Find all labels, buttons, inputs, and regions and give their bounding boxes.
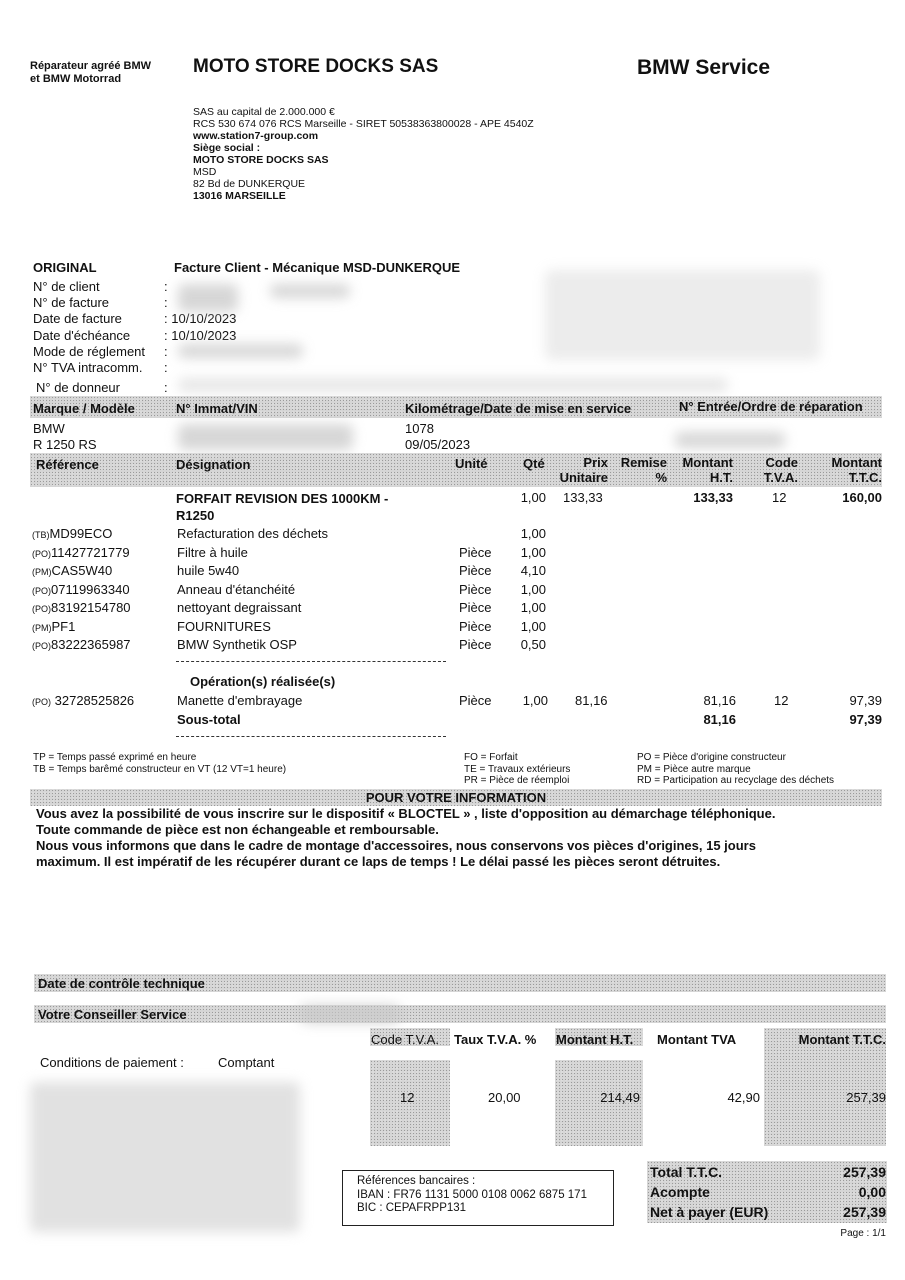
item-designation: Refacturation des déchets [177,526,328,541]
dealer-tagline-line1: Réparateur agréé BMW [30,60,151,73]
item-reference: (PM)PF1 [32,619,75,634]
col-header-reference: Référence [36,457,99,472]
total-value: 257,39 [843,1162,886,1182]
operation-unit: Pièce [459,693,492,708]
item-unit: Pièce [459,637,492,652]
package-designation: FORFAIT REVISION DES 1000KM - R1250 [176,490,388,524]
field-due-date: Date d'échéance: 10/10/2023 [33,328,236,344]
info-line-parts: Toute commande de pièce est non échangea… [36,822,775,838]
package-amount-ht: 133,33 [670,490,733,505]
total-value: 257,39 [843,1202,886,1222]
siege-line1: MSD [193,166,534,178]
vat-amount-value: 42,90 [660,1090,760,1105]
vat-header-rate: Taux T.V.A. % [454,1032,536,1047]
item-qty: 0,50 [506,637,546,652]
redacted-entry-order [675,432,785,448]
vat-ht-value: 214,49 [555,1090,640,1105]
page-number: Page : 1/1 [806,1228,886,1239]
vehicle-brand-model: BMW R 1250 RS [33,421,97,453]
vehicle-brand: BMW [33,421,97,437]
total-label: Net à payer (EUR) [650,1202,768,1222]
item-designation: BMW Synthetik OSP [177,637,297,652]
dealer-tagline: Réparateur agréé BMW et BMW Motorrad [30,60,151,86]
redacted-invoice-number [270,284,350,298]
item-rows: (TB)MD99ECORefacturation des déchets1,00… [32,526,552,656]
siege-line2: 82 Bd de DUNKERQUE [193,178,534,190]
subtotal-ttc: 97,39 [815,712,882,727]
item-designation: huile 5w40 [177,563,239,578]
item-designation: Filtre à huile [177,545,248,560]
redacted-payment-mode [178,344,303,358]
total-row: Total T.T.C.257,39 [650,1162,886,1182]
item-qty: 1,00 [506,582,546,597]
item-designation: Anneau d'étanchéité [177,582,295,597]
brand-title: BMW Service [637,56,770,80]
vat-header-ttc: Montant T.T.C. [764,1032,886,1047]
legend-col2: FO = Forfait TE = Travaux extérieurs PR … [464,752,570,787]
table-row: (TB)MD99ECORefacturation des déchets1,00 [32,526,552,545]
legend-col3: PO = Pièce d'origine constructeur PM = P… [637,752,834,787]
package-vat-code: 12 [772,490,786,505]
col-header-vat-code: CodeT.V.A. [750,455,798,485]
field-donneur: N° de donneur: [36,380,168,395]
table-row: (PO)83192154780nettoyant degraissantPièc… [32,600,552,619]
vehicle-model: R 1250 RS [33,437,97,453]
item-unit: Pièce [459,619,492,634]
table-row: (PO)11427721779Filtre à huilePièce1,00 [32,545,552,564]
bank-title: Références bancaires : [357,1175,613,1189]
vehicle-km: 1078 [405,421,470,437]
copy-label: ORIGINAL [33,260,97,275]
info-line-bloctel: Vous avez la possibilité de vous inscrir… [36,806,775,822]
company-name: MOTO STORE DOCKS SAS [193,56,438,78]
redacted-advisor [300,1005,400,1023]
info-line-deadline: maximum. Il est impératif de les récupér… [36,854,775,870]
totals-block: Total T.T.C.257,39Acompte0,00Net à payer… [650,1162,886,1222]
vehicle-header-brand-model: Marque / Modèle [33,401,135,416]
siege-city: 13016 MARSEILLE [193,190,534,202]
legend-col1: TP = Temps passé exprimé en heure TB = T… [33,752,286,775]
info-title: POUR VOTRE INFORMATION [30,790,882,805]
payment-terms-value: Comptant [218,1055,274,1070]
legal-capital: SAS au capital de 2.000.000 € [193,106,534,118]
bank-bic: BIC : CEPAFRPP131 [357,1202,613,1216]
table-row: (PM)CAS5W40huile 5w40Pièce4,10 [32,563,552,582]
siege-name: MOTO STORE DOCKS SAS [193,154,534,166]
item-unit: Pièce [459,563,492,578]
vat-header-vat: Montant TVA [657,1032,736,1047]
vat-code-value: 12 [400,1090,414,1105]
tech-control-label: Date de contrôle technique [38,976,205,991]
col-header-unit-price: PrixUnitaire [548,455,608,485]
operation-unit-price: 81,16 [575,693,608,708]
item-qty: 1,00 [506,619,546,634]
item-qty: 1,00 [506,526,546,541]
redacted-donneur [178,378,728,392]
package-amount-ttc: 160,00 [815,490,882,505]
item-qty: 4,10 [506,563,546,578]
redacted-client-block [30,1082,300,1232]
item-reference: (PO)07119963340 [32,582,130,597]
col-header-discount: Remise% [612,455,667,485]
col-header-qty: Qté [523,456,545,471]
dealer-tagline-line2: et BMW Motorrad [30,73,151,86]
operation-amount-ht: 81,16 [670,693,736,708]
bank-references-box: Références bancaires : IBAN : FR76 1131 … [342,1170,614,1226]
separator-line [176,661,446,662]
advisor-label: Votre Conseiller Service [38,1007,187,1022]
vehicle-header-km-date: Kilométrage/Date de mise en service [405,401,631,416]
operation-qty: 1,00 [506,693,548,708]
total-label: Acompte [650,1182,710,1202]
item-unit: Pièce [459,545,492,560]
vehicle-service-date: 09/05/2023 [405,437,470,453]
operation-designation: Manette d'embrayage [177,693,302,708]
vat-header-code: Code T.V.A. [371,1032,439,1047]
col-header-amount-ttc: MontantT.T.C. [815,455,882,485]
legal-rcs: RCS 530 674 076 RCS Marseille - SIRET 50… [193,118,534,130]
siege-label: Siège social : [193,142,534,154]
col-header-unit: Unité [455,456,488,471]
company-legal-block: SAS au capital de 2.000.000 € RCS 530 67… [193,106,534,202]
payment-terms-label: Conditions de paiement : [40,1055,184,1070]
table-row: (PM)PF1FOURNITURESPièce1,00 [32,619,552,638]
vat-header-ht: Montant H.T. [556,1032,633,1047]
website-link[interactable]: www.station7-group.com [193,130,534,142]
item-reference: (PO)11427721779 [32,545,130,560]
subtotal-label: Sous-total [177,712,241,727]
info-text: Vous avez la possibilité de vous inscrir… [36,806,775,870]
operation-vat-code: 12 [774,693,788,708]
separator-line-2 [176,736,446,737]
item-reference: (PO)83192154780 [32,600,131,615]
package-qty: 1,00 [506,490,546,505]
item-reference: (TB)MD99ECO [32,526,112,541]
table-row: (PO)07119963340Anneau d'étanchéitéPièce1… [32,582,552,601]
vehicle-header-entry-order: N° Entrée/Ordre de réparation [679,399,863,414]
vat-rate-value: 20,00 [488,1090,521,1105]
info-line-accessories: Nous vous informons que dans le cadre de… [36,838,775,854]
redacted-immat [178,424,353,450]
vehicle-km-date: 1078 09/05/2023 [405,421,470,453]
total-row: Net à payer (EUR)257,39 [650,1202,886,1222]
item-reference: (PM)CAS5W40 [32,563,112,578]
field-vat-number: N° TVA intracomm.: [33,360,236,376]
operations-title: Opération(s) réalisée(s) [190,674,335,689]
invoice-title: Facture Client - Mécanique MSD-DUNKERQUE [174,260,460,275]
item-qty: 1,00 [506,545,546,560]
table-row: (PO)83222365987BMW Synthetik OSPPièce0,5… [32,637,552,656]
col-header-amount-ht: MontantH.T. [670,455,733,485]
col-header-designation: Désignation [176,457,250,472]
total-label: Total T.T.C. [650,1162,722,1182]
redacted-client-address [545,270,820,360]
item-qty: 1,00 [506,600,546,615]
item-designation: nettoyant degraissant [177,600,301,615]
vat-ttc-value: 257,39 [764,1090,886,1105]
redacted-client-number [178,284,238,312]
package-unit-price: 133,33 [563,490,603,505]
item-unit: Pièce [459,600,492,615]
field-invoice-date: Date de facture: 10/10/2023 [33,311,236,327]
total-value: 0,00 [859,1182,886,1202]
operation-ref: (PO) 32728525826 [32,693,134,708]
item-designation: FOURNITURES [177,619,271,634]
item-unit: Pièce [459,582,492,597]
total-row: Acompte0,00 [650,1182,886,1202]
subtotal-ht: 81,16 [670,712,736,727]
item-reference: (PO)83222365987 [32,637,131,652]
operation-amount-ttc: 97,39 [815,693,882,708]
bank-iban: IBAN : FR76 1131 5000 0108 0062 6875 171 [357,1189,613,1203]
vehicle-header-immat: N° Immat/VIN [176,401,258,416]
